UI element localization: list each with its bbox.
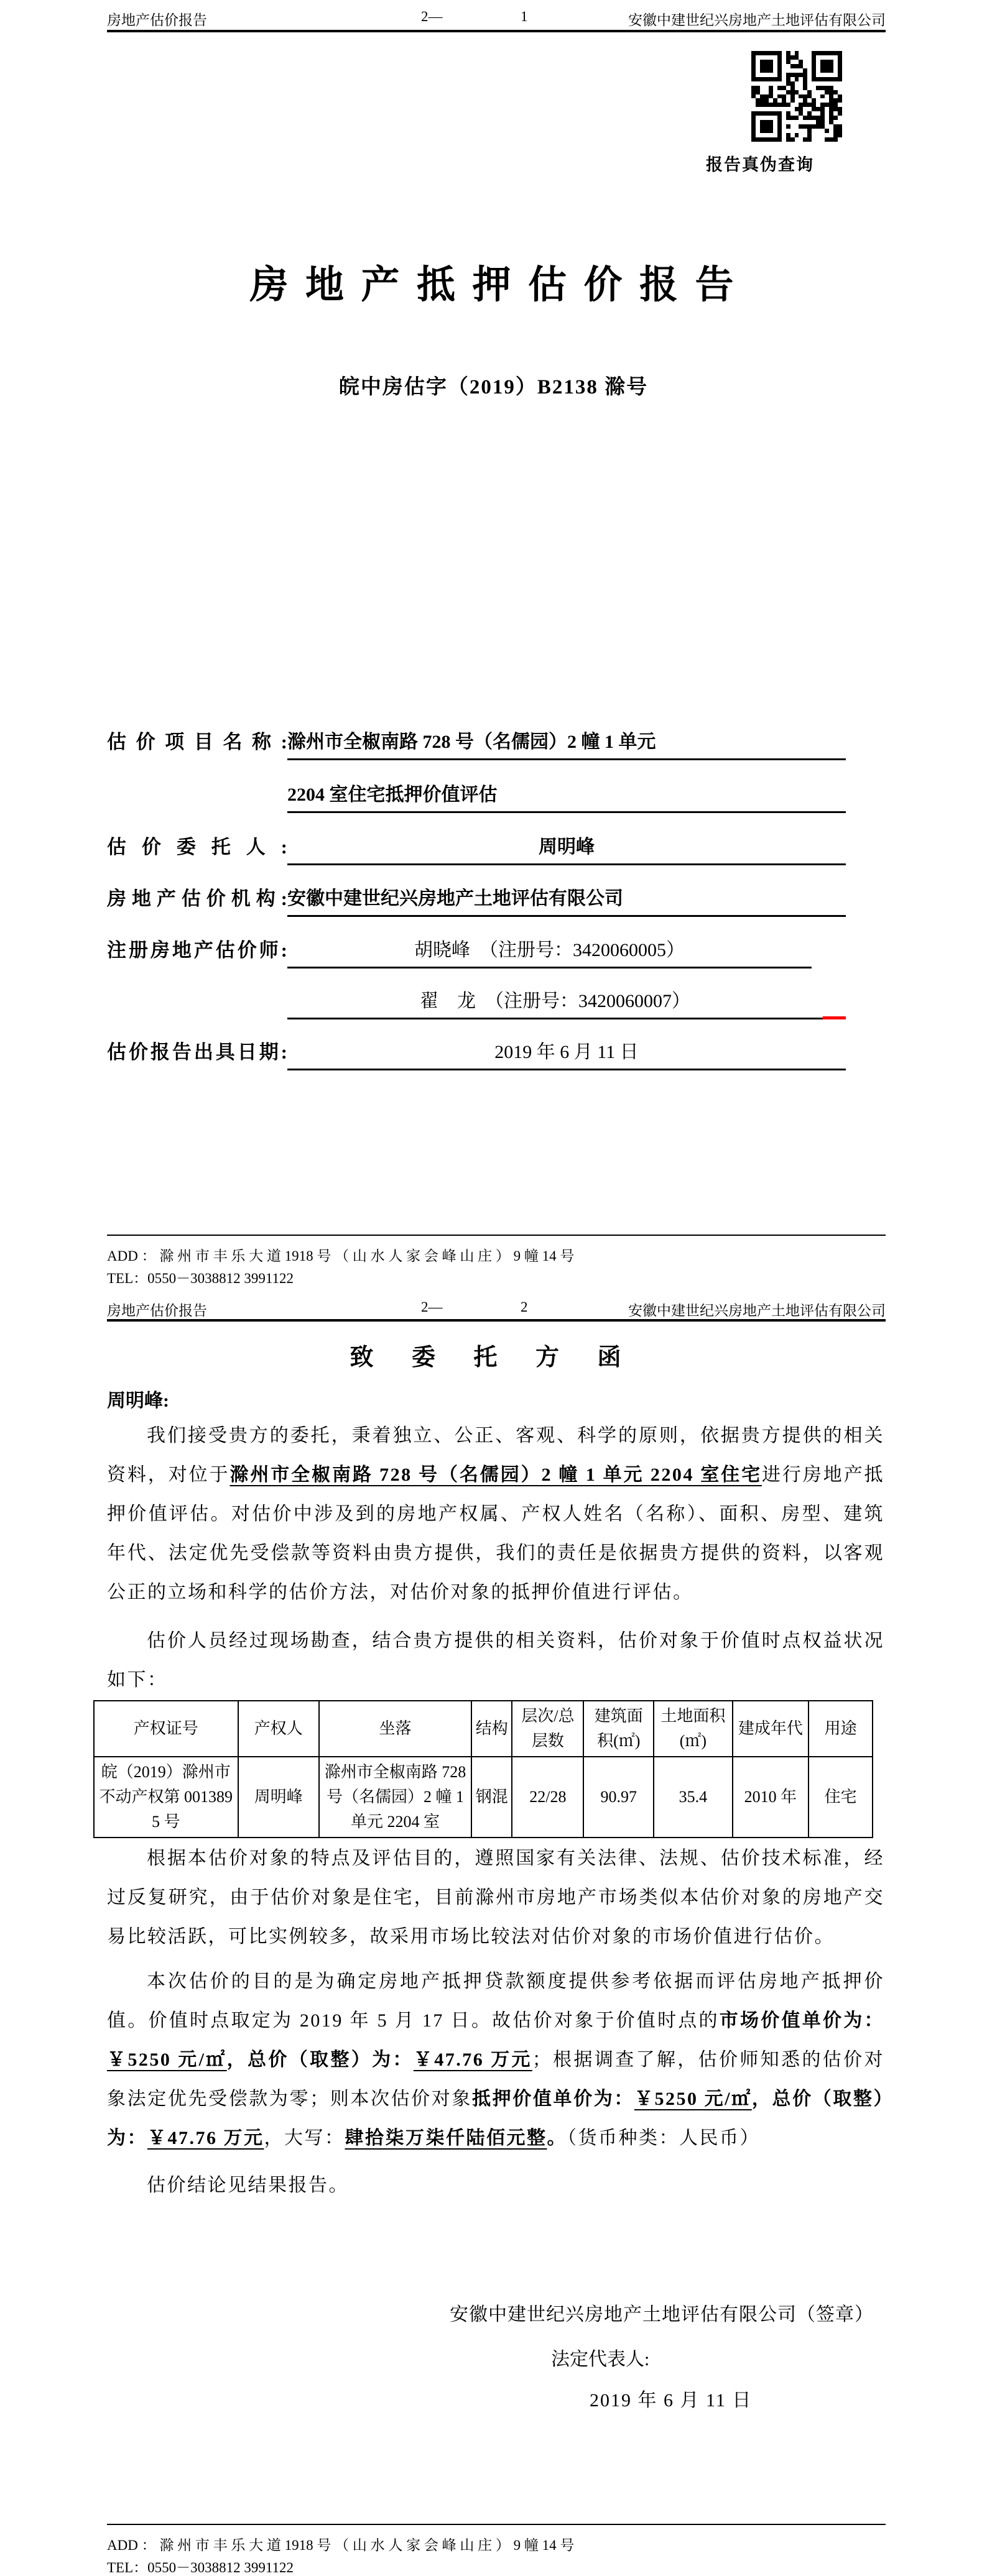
page2-running-header: 房地产估价报告 2— 2 安徽中建世纪兴房地产土地评估有限公司 bbox=[107, 1299, 886, 1319]
letter-title: 致 委 托 方 函 bbox=[0, 1338, 987, 1372]
field-appraisal-agency: 房地产估价机构: 安徽中建世纪兴房地产土地评估有限公司 bbox=[107, 863, 846, 917]
property-rights-table: 产权证号 产权人 坐落 结构 层次/总层数 建筑面积(㎡) 土地面积(㎡) 建成… bbox=[93, 1700, 873, 1838]
report-verification-qr-code bbox=[751, 51, 842, 142]
letter-paragraph-1: 我们接受贵方的委托，秉着独立、公正、客观、科学的原则，依据贵方提供的相关资料，对… bbox=[107, 1416, 884, 1612]
col-year-built: 建成年代 bbox=[733, 1701, 809, 1757]
header-page-number: 1 bbox=[521, 9, 528, 25]
cell-land-area: 35.4 bbox=[654, 1757, 732, 1838]
cell-location: 滁州市全椒南路 728 号（名儒园）2 幢 1 单元 2204 室 bbox=[319, 1757, 471, 1838]
field-project-name: 估价项目名称: 滁州市全椒南路 728 号（名儒园）2 幢 1 单元 bbox=[107, 707, 846, 760]
field-project-name-line2: 2204 室住宅抵押价值评估 bbox=[107, 760, 846, 813]
field-value: 滁州市全椒南路 728 号（名儒园）2 幢 1 单元 bbox=[287, 726, 846, 760]
col-building-area: 建筑面积(㎡) bbox=[583, 1701, 654, 1757]
col-floor: 层次/总层数 bbox=[512, 1701, 583, 1757]
field-report-date: 估价报告出具日期: 2019 年 6 月 11 日 bbox=[107, 1017, 846, 1070]
col-location: 坐落 bbox=[319, 1701, 471, 1757]
field-value: 翟 龙 （注册号：3420060007） bbox=[287, 985, 823, 1019]
header-page-total: 2— bbox=[421, 9, 443, 25]
page1-running-header: 房地产估价报告 2— 1 安徽中建世纪兴房地产土地评估有限公司 bbox=[107, 9, 886, 29]
header-page-total: 2— bbox=[421, 1299, 443, 1315]
footer-tel: TEL：0550－3038812 3991122 bbox=[107, 2556, 886, 2576]
header-doc-type: 房地产估价报告 bbox=[107, 1299, 207, 1320]
field-value: 安徽中建世纪兴房地产土地评估有限公司 bbox=[287, 883, 846, 917]
header-doc-type: 房地产估价报告 bbox=[107, 9, 207, 29]
field-label: 房地产估价机构: bbox=[107, 883, 287, 917]
table-data-row: 皖（2019）滁州市不动产权第 0013895 号 周明峰 滁州市全椒南路 72… bbox=[94, 1757, 873, 1838]
field-value: 周明峰 bbox=[287, 831, 846, 865]
cell-use: 住宅 bbox=[809, 1757, 873, 1838]
field-appraiser-2: 翟 龙 （注册号：3420060007） bbox=[107, 966, 846, 1019]
field-appraiser-1: 注册房地产估价师: 胡晓峰 （注册号：3420060005） bbox=[107, 915, 846, 968]
header-rule bbox=[107, 30, 886, 32]
report-number: 皖中房估字（2019）B2138 滁号 bbox=[0, 370, 987, 400]
field-value: 2019 年 6 月 11 日 bbox=[287, 1036, 846, 1070]
header-rule bbox=[107, 1319, 886, 1322]
field-label: 估价项目名称: bbox=[107, 726, 287, 760]
field-value: 胡晓峰 （注册号：3420060005） bbox=[287, 934, 812, 968]
letter-paragraph-3: 根据本估价对象的特点及评估目的，遵照国家有关法律、法规、估价技术标准，经过反复研… bbox=[107, 1839, 884, 1956]
header-company: 安徽中建世纪兴房地产土地评估有限公司 bbox=[628, 1299, 886, 1320]
footer-rule bbox=[107, 1235, 886, 1236]
letter-paragraph-4: 本次估价的目的是为确定房地产抵押贷款额度提供参考依据而评估房地产抵押价值。价值时… bbox=[107, 1962, 884, 2158]
col-structure: 结构 bbox=[471, 1701, 512, 1757]
cell-floor: 22/28 bbox=[512, 1757, 583, 1838]
signature-legal-rep: 法定代表人: bbox=[551, 2344, 649, 2371]
report-title: 房 地 产 抵 押 估 价 报 告 bbox=[0, 254, 987, 309]
letter-salutation: 周明峰: bbox=[107, 1385, 169, 1412]
col-use: 用途 bbox=[809, 1701, 873, 1757]
field-client: 估价委托人: 周明峰 bbox=[107, 812, 846, 865]
header-page-number: 2 bbox=[521, 1299, 528, 1315]
footer-address: ADD ： 滁 州 市 丰 乐 大 道 1918 号 （ 山 水 人 家 会 峰… bbox=[107, 2534, 886, 2554]
cell-year-built: 2010 年 bbox=[733, 1757, 809, 1838]
letter-paragraph-2: 估价人员经过现场勘查，结合贵方提供的相关资料，估价对象于价值时点权益状况如下： bbox=[107, 1621, 884, 1700]
field-label: 估价报告出具日期: bbox=[107, 1036, 287, 1070]
header-company: 安徽中建世纪兴房地产土地评估有限公司 bbox=[628, 9, 886, 29]
field-label: 估价委托人: bbox=[107, 831, 287, 865]
col-land-area: 土地面积(㎡) bbox=[654, 1701, 732, 1757]
cell-structure: 钢混 bbox=[471, 1757, 512, 1838]
cell-owner: 周明峰 bbox=[238, 1757, 319, 1838]
cell-building-area: 90.97 bbox=[583, 1757, 654, 1838]
letter-paragraph-5: 估价结论见结果报告。 bbox=[107, 2166, 884, 2205]
field-label: 注册房地产估价师: bbox=[107, 934, 287, 968]
qr-caption: 报告真伪查询 bbox=[636, 151, 884, 175]
cell-certificate-no: 皖（2019）滁州市不动产权第 0013895 号 bbox=[94, 1757, 238, 1838]
footer-tel: TEL：0550－3038812 3991122 bbox=[107, 1267, 886, 1287]
footer-rule bbox=[107, 2524, 886, 2525]
signature-company: 安徽中建世纪兴房地产土地评估有限公司（签章） bbox=[450, 2299, 874, 2326]
appraisal-report-document: 房地产估价报告 2— 1 安徽中建世纪兴房地产土地评估有限公司 报告真伪查询 房… bbox=[0, 0, 987, 2576]
table-header-row: 产权证号 产权人 坐落 结构 层次/总层数 建筑面积(㎡) 土地面积(㎡) 建成… bbox=[94, 1701, 873, 1757]
field-value: 2204 室住宅抵押价值评估 bbox=[287, 779, 846, 813]
col-certificate-no: 产权证号 bbox=[94, 1701, 238, 1757]
col-owner: 产权人 bbox=[238, 1701, 319, 1757]
footer-address: ADD ： 滁 州 市 丰 乐 大 道 1918 号 （ 山 水 人 家 会 峰… bbox=[107, 1244, 886, 1265]
signature-date: 2019 年 6 月 11 日 bbox=[590, 2385, 752, 2412]
